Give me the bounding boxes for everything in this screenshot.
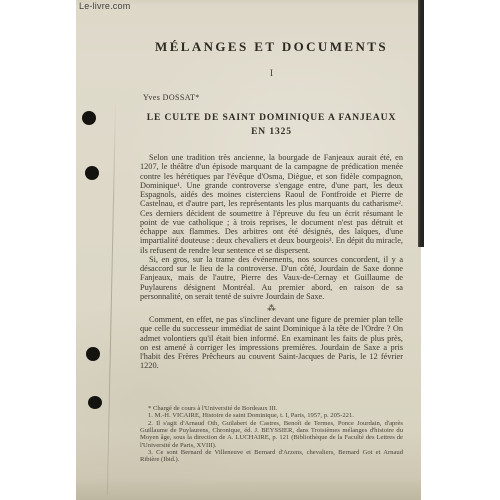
hole-punch-dot xyxy=(82,111,96,125)
scan-edge-shadow xyxy=(418,0,424,247)
author-line: Yves DOSSAT* xyxy=(143,93,200,102)
paragraph: Si, en gros, sur la trame des événements… xyxy=(140,255,403,301)
hole-punch-dot xyxy=(88,396,102,409)
footnote: 3. Ce sont Bernard de Villeneuve et Bern… xyxy=(140,449,403,464)
article-title-line1: LE CULTE DE SAINT DOMINIQUE A FANJEAUX xyxy=(140,112,403,126)
section-number: I xyxy=(140,68,403,78)
hole-punch-dot xyxy=(86,347,100,361)
asterism-separator: ⁂ xyxy=(140,303,403,314)
footnote: 1. M.-H. VICAIRE, Histoire de saint Domi… xyxy=(140,412,403,419)
section-title: MÉLANGES ET DOCUMENTS xyxy=(140,39,403,55)
paragraph: Selon une tradition très ancienne, la bo… xyxy=(140,153,403,255)
product-photo: Le-livre.com MÉLANGES ET DOCUMENTS I Yve… xyxy=(0,0,500,500)
article-title-line2: EN 1325 xyxy=(140,126,403,140)
hole-punch-dot xyxy=(85,166,99,180)
article-title: LE CULTE DE SAINT DOMINIQUE A FANJEAUX E… xyxy=(140,112,403,139)
footnote: * Chargé de cours à l'Université de Bord… xyxy=(140,405,403,412)
footnote: 2. Il s'agit d'Arnaud Oth, Guilabert de … xyxy=(140,420,403,449)
body-text: Selon une tradition très ancienne, la bo… xyxy=(140,153,403,371)
site-watermark: Le-livre.com xyxy=(79,1,130,11)
paragraph: Comment, en effet, ne pas s'incliner dev… xyxy=(140,315,403,371)
footnotes: * Chargé de cours à l'Université de Bord… xyxy=(140,405,403,464)
